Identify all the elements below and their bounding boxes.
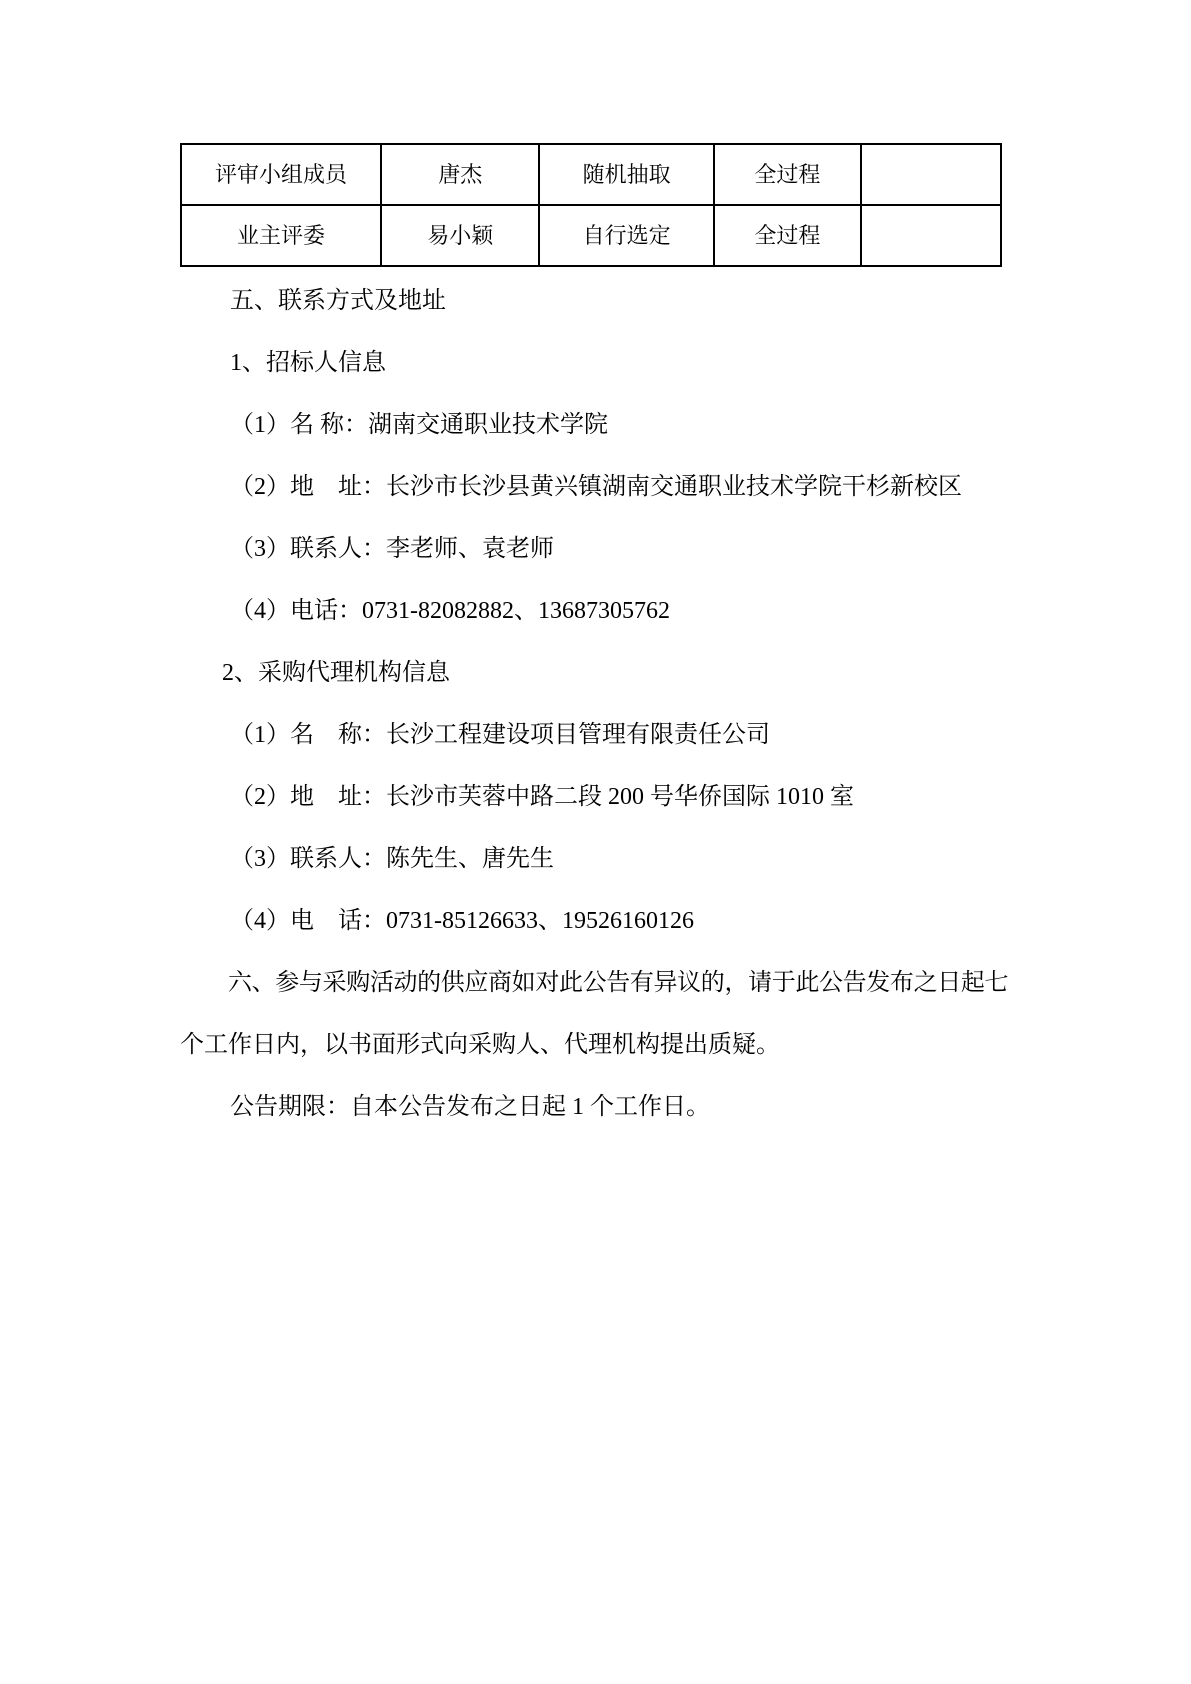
subsection-agency-info: 2、采购代理机构信息 <box>180 642 1008 704</box>
agency-address-line: （2）地 址：长沙市芙蓉中路二段 200 号华侨国际 1010 室 <box>180 766 1008 828</box>
table-cell-empty <box>861 144 1001 205</box>
tenderer-address-line: （2）地 址：长沙市长沙县黄兴镇湖南交通职业技术学院干杉新校区 <box>180 456 1008 518</box>
section-heading-contact: 五、联系方式及地址 <box>180 270 1008 332</box>
table-row: 业主评委 易小颖 自行选定 全过程 <box>181 205 1001 266</box>
objection-clause-line-1: 六、参与采购活动的供应商如对此公告有异议的，请于此公告发布之日起七 <box>180 952 1008 1014</box>
table-row: 评审小组成员 唐杰 随机抽取 全过程 <box>181 144 1001 205</box>
agency-phone-line: （4）电 话：0731-85126633、19526160126 <box>180 890 1008 952</box>
table-cell-selection-method: 随机抽取 <box>539 144 714 205</box>
table-cell-role: 评审小组成员 <box>181 144 381 205</box>
table-cell-empty <box>861 205 1001 266</box>
table-cell-name: 唐杰 <box>381 144 539 205</box>
table-cell-scope: 全过程 <box>714 144 861 205</box>
table-cell-scope: 全过程 <box>714 205 861 266</box>
agency-contacts-line: （3）联系人：陈先生、唐先生 <box>180 828 1008 890</box>
table-cell-selection-method: 自行选定 <box>539 205 714 266</box>
subsection-tenderer-info: 1、招标人信息 <box>180 332 1008 394</box>
tenderer-phone-line: （4）电话：0731-82082882、13687305762 <box>180 580 1008 642</box>
objection-clause-line-2: 个工作日内，以书面形式向采购人、代理机构提出质疑。 <box>180 1014 1008 1076</box>
agency-name-line: （1）名 称：长沙工程建设项目管理有限责任公司 <box>180 704 1008 766</box>
document-text-block: 五、联系方式及地址 1、招标人信息 （1）名 称：湖南交通职业技术学院 （2）地… <box>180 270 1008 1138</box>
tenderer-contacts-line: （3）联系人：李老师、袁老师 <box>180 518 1008 580</box>
announcement-period-line: 公告期限：自本公告发布之日起 1 个工作日。 <box>180 1076 1008 1138</box>
table-cell-name: 易小颖 <box>381 205 539 266</box>
review-panel-table: 评审小组成员 唐杰 随机抽取 全过程 业主评委 易小颖 自行选定 全过程 <box>180 143 1002 267</box>
document-page: 评审小组成员 唐杰 随机抽取 全过程 业主评委 易小颖 自行选定 全过程 五、联… <box>0 0 1191 1684</box>
document-content: 评审小组成员 唐杰 随机抽取 全过程 业主评委 易小颖 自行选定 全过程 五、联… <box>180 143 1008 1138</box>
table-cell-role: 业主评委 <box>181 205 381 266</box>
tenderer-name-line: （1）名 称：湖南交通职业技术学院 <box>180 394 1008 456</box>
